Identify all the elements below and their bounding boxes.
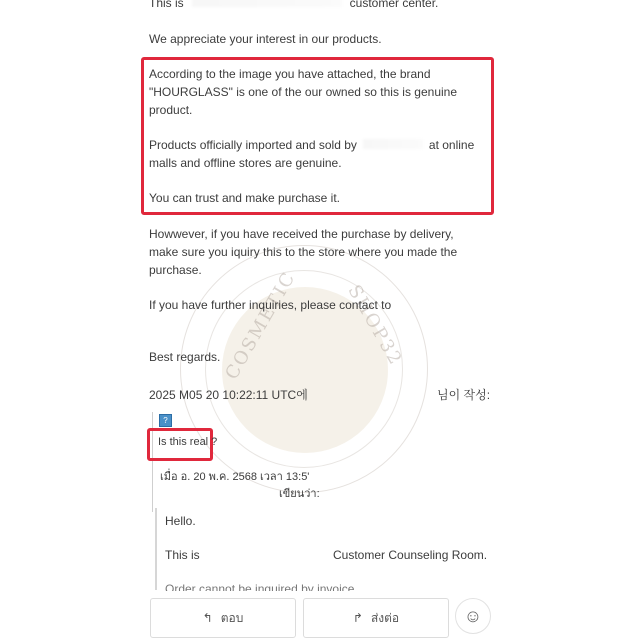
forward-icon: ↱ (353, 611, 363, 625)
intro-prefix: This is (149, 0, 184, 10)
highlight-line-4: Products officially imported and sold by… (149, 138, 474, 152)
highlight-line-6: You can trust and make purchase it. (149, 191, 340, 205)
highlight-line-4-suffix: at online (429, 138, 474, 152)
forward-label: ส่งต่อ (371, 609, 399, 628)
this-is-line: This is (165, 548, 200, 562)
watermark-text-left: COSMETIC (221, 268, 300, 384)
highlight-line-3: product. (149, 103, 192, 117)
written-by-label: 님이 작성: (437, 386, 490, 403)
watermark-outer-ring (180, 245, 428, 493)
however-line-3: purchase. (149, 263, 202, 277)
regards-line: Best regards. (149, 350, 220, 364)
further-line: If you have further inquiries, please co… (149, 298, 391, 312)
highlight-line-4-prefix: Products officially imported and sold by (149, 138, 357, 152)
nested-quote-bar (155, 508, 157, 590)
watermark-logo: COSMETIC SHOP32 (180, 245, 430, 495)
watermark-text-right: SHOP32 (343, 281, 406, 369)
intro-line: This iscustomer center. (149, 0, 438, 10)
counseling-line: Customer Counseling Room. (333, 548, 487, 562)
hello-line: Hello. (165, 514, 196, 528)
however-line-1: Howwever, if you have received the purch… (149, 227, 454, 241)
highlight-line-1: According to the image you have attached… (149, 67, 431, 81)
reply-label: ตอบ (221, 609, 244, 628)
question-image-icon: ? (159, 414, 172, 427)
reply-button[interactable]: ↰ ตอบ (150, 598, 296, 638)
question-text: Is this real ? (158, 436, 217, 448)
highlight-line-2: "HOURGLASS" is one of the our owned so t… (149, 85, 457, 99)
redacted-seller (363, 139, 423, 149)
thai-date-line: เมื่อ อ. 20 พ.ค. 2568 เวลา 13:5' (160, 467, 309, 485)
appreciate-line: We appreciate your interest in our produ… (149, 32, 382, 46)
forward-button[interactable]: ↱ ส่งต่อ (303, 598, 449, 638)
order-line: Order cannot be inquired by invoice (165, 582, 354, 591)
intro-suffix: customer center. (350, 0, 439, 10)
thai-wrote-line: เขียนว่า: (279, 484, 320, 502)
redacted-company (192, 0, 342, 7)
reply-icon: ↰ (203, 611, 213, 625)
highlight-line-5: malls and offline stores are genuine. (149, 156, 342, 170)
quote-bar (152, 412, 153, 512)
reply-timestamp: 2025 M05 20 10:22:11 UTC에 (149, 386, 308, 403)
however-line-2: make sure you iquiry this to the store w… (149, 245, 457, 259)
emoji-reaction-button[interactable]: ☺ (455, 598, 491, 634)
smiley-icon: ☺ (464, 606, 482, 627)
